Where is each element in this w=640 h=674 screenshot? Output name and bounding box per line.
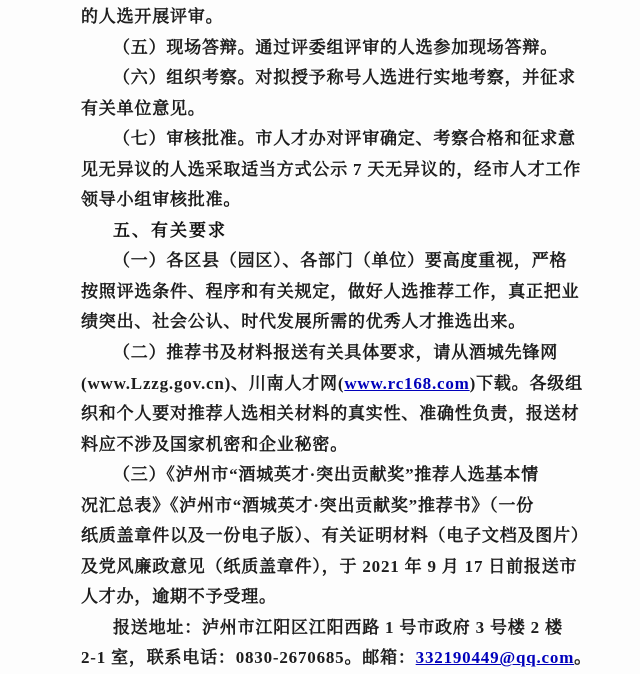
text-line: （三）《泸州市“酒城英才·突出贡献奖”推荐人选基本情 — [81, 460, 582, 491]
text-line: （七）审核批准。市人才办对评审确定、考察合格和征求意 — [81, 124, 582, 155]
text-line: 见无异议的人选采取适当方式公示 7 天无异议的，经市人才工作 — [81, 155, 582, 186]
rc168-url-link[interactable]: www.rc168.com — [344, 374, 469, 393]
text-line: 有关单位意见。 — [81, 94, 582, 125]
text-line: 报送地址：泸州市江阳区江阳西路 1 号市政府 3 号楼 2 楼 — [81, 613, 582, 644]
text-line: （二）推荐书及材料报送有关具体要求，请从酒城先锋网 — [81, 338, 582, 369]
text-line: 人才办，逾期不予受理。 — [81, 582, 582, 613]
text-segment: 2-1 室，联系电话：0830-2670685。邮箱： — [81, 648, 416, 667]
text-line: 况汇总表》《泸州市“酒城英才·突出贡献奖”推荐书》（一份 — [81, 491, 582, 522]
text-line: 料应不涉及国家机密和企业秘密。 — [81, 430, 582, 461]
text-line: 纸质盖章件以及一份电子版）、有关证明材料（电子文档及图片） — [81, 521, 582, 552]
text-line: （六）组织考察。对拟授予称号人选进行实地考察，并征求 — [81, 63, 582, 94]
text-line: （一）各区县（园区）、各部门（单位）要高度重视，严格 — [81, 246, 582, 277]
text-line: 按照评选条件、程序和有关规定，做好人选推荐工作，真正把业 — [81, 277, 582, 308]
section-heading: 五、有关要求 — [81, 216, 582, 247]
text-line-with-link: 2-1 室，联系电话：0830-2670685。邮箱：332190449@qq.… — [81, 643, 582, 674]
text-segment: )下载。各级组 — [470, 374, 583, 393]
text-line: 织和个人要对推荐人选相关材料的真实性、准确性负责，报送材 — [81, 399, 582, 430]
text-line: 领导小组审核批准。 — [81, 185, 582, 216]
text-line: 的人选开展评审。 — [81, 2, 582, 33]
text-segment: 。 — [574, 648, 592, 667]
qq-email-link[interactable]: 332190449@qq.com — [416, 648, 574, 667]
text-line: （五）现场答辩。通过评委组评审的人选参加现场答辩。 — [81, 33, 582, 64]
text-segment: (www.Lzzg.gov.cn)、川南人才网( — [81, 374, 344, 393]
text-line: 及党风廉政意见（纸质盖章件），于 2021 年 9 月 17 日前报送市 — [81, 552, 582, 583]
text-line: 绩突出、社会公认、时代发展所需的优秀人才推选出来。 — [81, 307, 582, 338]
text-line-with-link: (www.Lzzg.gov.cn)、川南人才网(www.rc168.com)下载… — [81, 369, 582, 400]
document-page: 的人选开展评审。 （五）现场答辩。通过评委组评审的人选参加现场答辩。 （六）组织… — [0, 0, 640, 674]
